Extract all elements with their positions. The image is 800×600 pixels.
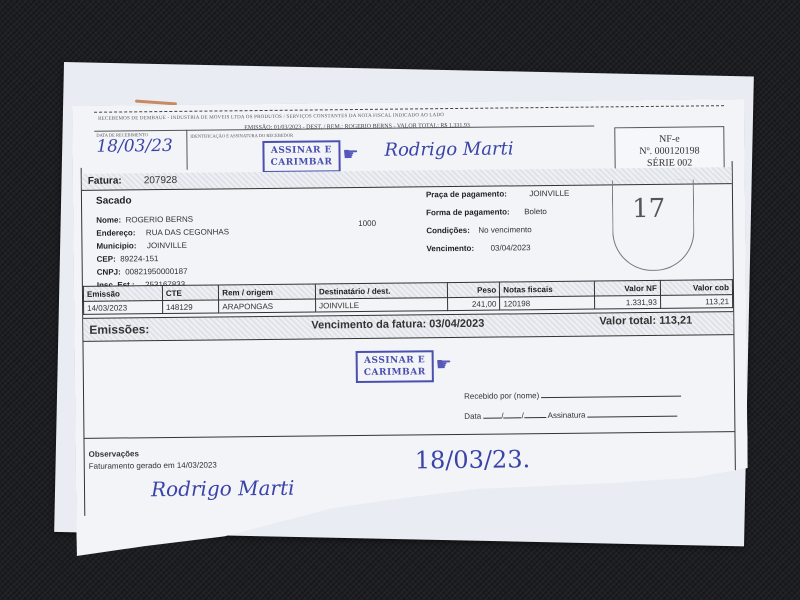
observacoes-divider xyxy=(84,431,734,440)
assinatura-label: Assinatura xyxy=(548,411,586,420)
receipt-header-text: RECEBEMOS DE DEMBAUE - INDUSTRIA DE MOVE… xyxy=(98,113,444,122)
items-table: Emissão CTE Rem / origem Destinatário / … xyxy=(83,279,733,315)
valor-total: Valor total: 113,21 xyxy=(599,315,692,328)
handwritten-signature: Rodrigo Marti xyxy=(151,476,295,502)
col-emissao: Emissão xyxy=(83,286,162,302)
cell-valor-nf: 1.331,93 xyxy=(594,295,660,309)
handwritten-date: 18/03/23. xyxy=(415,445,531,474)
receipt-signature-label: IDENTIFICAÇÃO E ASSINATURA DO RECEBEDOR xyxy=(190,133,293,139)
col-valor-cob: Valor cob xyxy=(660,280,732,296)
nfe-number: Nº. 000120198 xyxy=(615,145,723,158)
col-destinatario: Destinatário / dest. xyxy=(315,283,447,299)
forma-value: Boleto xyxy=(524,207,547,216)
col-cte: CTE xyxy=(162,285,219,301)
photo-scene: RECEBEMOS DE DEMBAUE - INDUSTRIA DE MOVE… xyxy=(0,0,800,600)
cell-cte: 148129 xyxy=(162,300,219,314)
fatura-label: Fatura: xyxy=(88,175,122,186)
field-praca: Praça de pagamento: JOINVILLE xyxy=(426,183,570,203)
stamp-line1: ASSINAR E xyxy=(364,354,426,367)
vencimento-value: 03/04/2023 xyxy=(490,243,530,252)
handwritten-receipt-signature: Rodrigo Marti xyxy=(384,138,513,160)
cell-valor-cob: 113,21 xyxy=(660,295,732,309)
data-label: Data xyxy=(464,412,481,421)
assinatura-line xyxy=(588,408,678,418)
address-number: 1000 xyxy=(358,219,376,228)
pencil-mark: 17 xyxy=(632,194,665,224)
handwritten-receipt-date: 18/03/23 xyxy=(96,136,173,157)
col-notas-fiscais: Notas fiscais xyxy=(500,281,595,297)
col-peso: Peso xyxy=(447,282,500,298)
stamp-line1: ASSINAR E xyxy=(270,144,332,157)
fatura-number: 207928 xyxy=(144,175,177,186)
col-valor-nf: Valor NF xyxy=(594,280,660,296)
pointing-hand-icon: ☛ xyxy=(342,144,358,165)
observacoes-text: Faturamento gerado em 14/03/2023 xyxy=(89,461,217,471)
field-condicoes: Condições: No vencimento xyxy=(426,219,532,238)
pointing-hand-icon: ☛ xyxy=(436,354,452,375)
field-forma: Forma de pagamento: Boleto xyxy=(426,201,547,220)
cell-rem-origem: ARAPONGAS xyxy=(219,299,316,313)
field-vencimento: Vencimento: 03/04/2023 xyxy=(426,237,530,256)
date-month-line xyxy=(504,409,522,418)
col-rem-origem: Rem / origem xyxy=(219,284,316,300)
emissoes-row: Emissões: Vencimento da fatura: 03/04/20… xyxy=(83,311,733,342)
observacoes-title: Observações xyxy=(89,449,139,459)
recebido-label: Recebido por (nome) xyxy=(464,391,539,401)
nfe-title: NF-e xyxy=(615,133,723,146)
forma-label: Forma de pagamento: xyxy=(426,207,510,217)
vencimento-fatura: Vencimento da fatura: 03/04/2023 xyxy=(311,318,484,332)
stamp-line2: CARIMBAR xyxy=(364,366,426,379)
stamp-assinar-carimbar: ASSINAR E CARIMBAR xyxy=(356,350,434,383)
vencimento-label: Vencimento: xyxy=(426,244,474,253)
cell-peso: 241,00 xyxy=(447,297,500,311)
praca-label: Praça de pagamento: xyxy=(426,189,507,199)
sacado-title: Sacado xyxy=(96,195,132,206)
date-year-line xyxy=(524,409,546,418)
cell-destinatario: JOINVILLE xyxy=(315,298,447,312)
cell-notas-fiscais: 120198 xyxy=(500,296,595,310)
praca-value: JOINVILLE xyxy=(529,189,569,198)
data-assinatura-field[interactable]: Data // Assinatura xyxy=(464,408,678,421)
invoice-body: Fatura: 207928 Sacado Nome: ROGERIO BERN… xyxy=(81,161,737,516)
date-day-line xyxy=(483,410,501,419)
condicoes-label: Condições: xyxy=(426,226,470,235)
emissoes-label: Emissões: xyxy=(89,322,149,337)
cell-emissao: 14/03/2023 xyxy=(84,301,163,315)
condicoes-value: No vencimento xyxy=(478,225,531,235)
recebido-line xyxy=(541,388,681,398)
recebido-por-field[interactable]: Recebido por (nome) xyxy=(464,388,681,401)
